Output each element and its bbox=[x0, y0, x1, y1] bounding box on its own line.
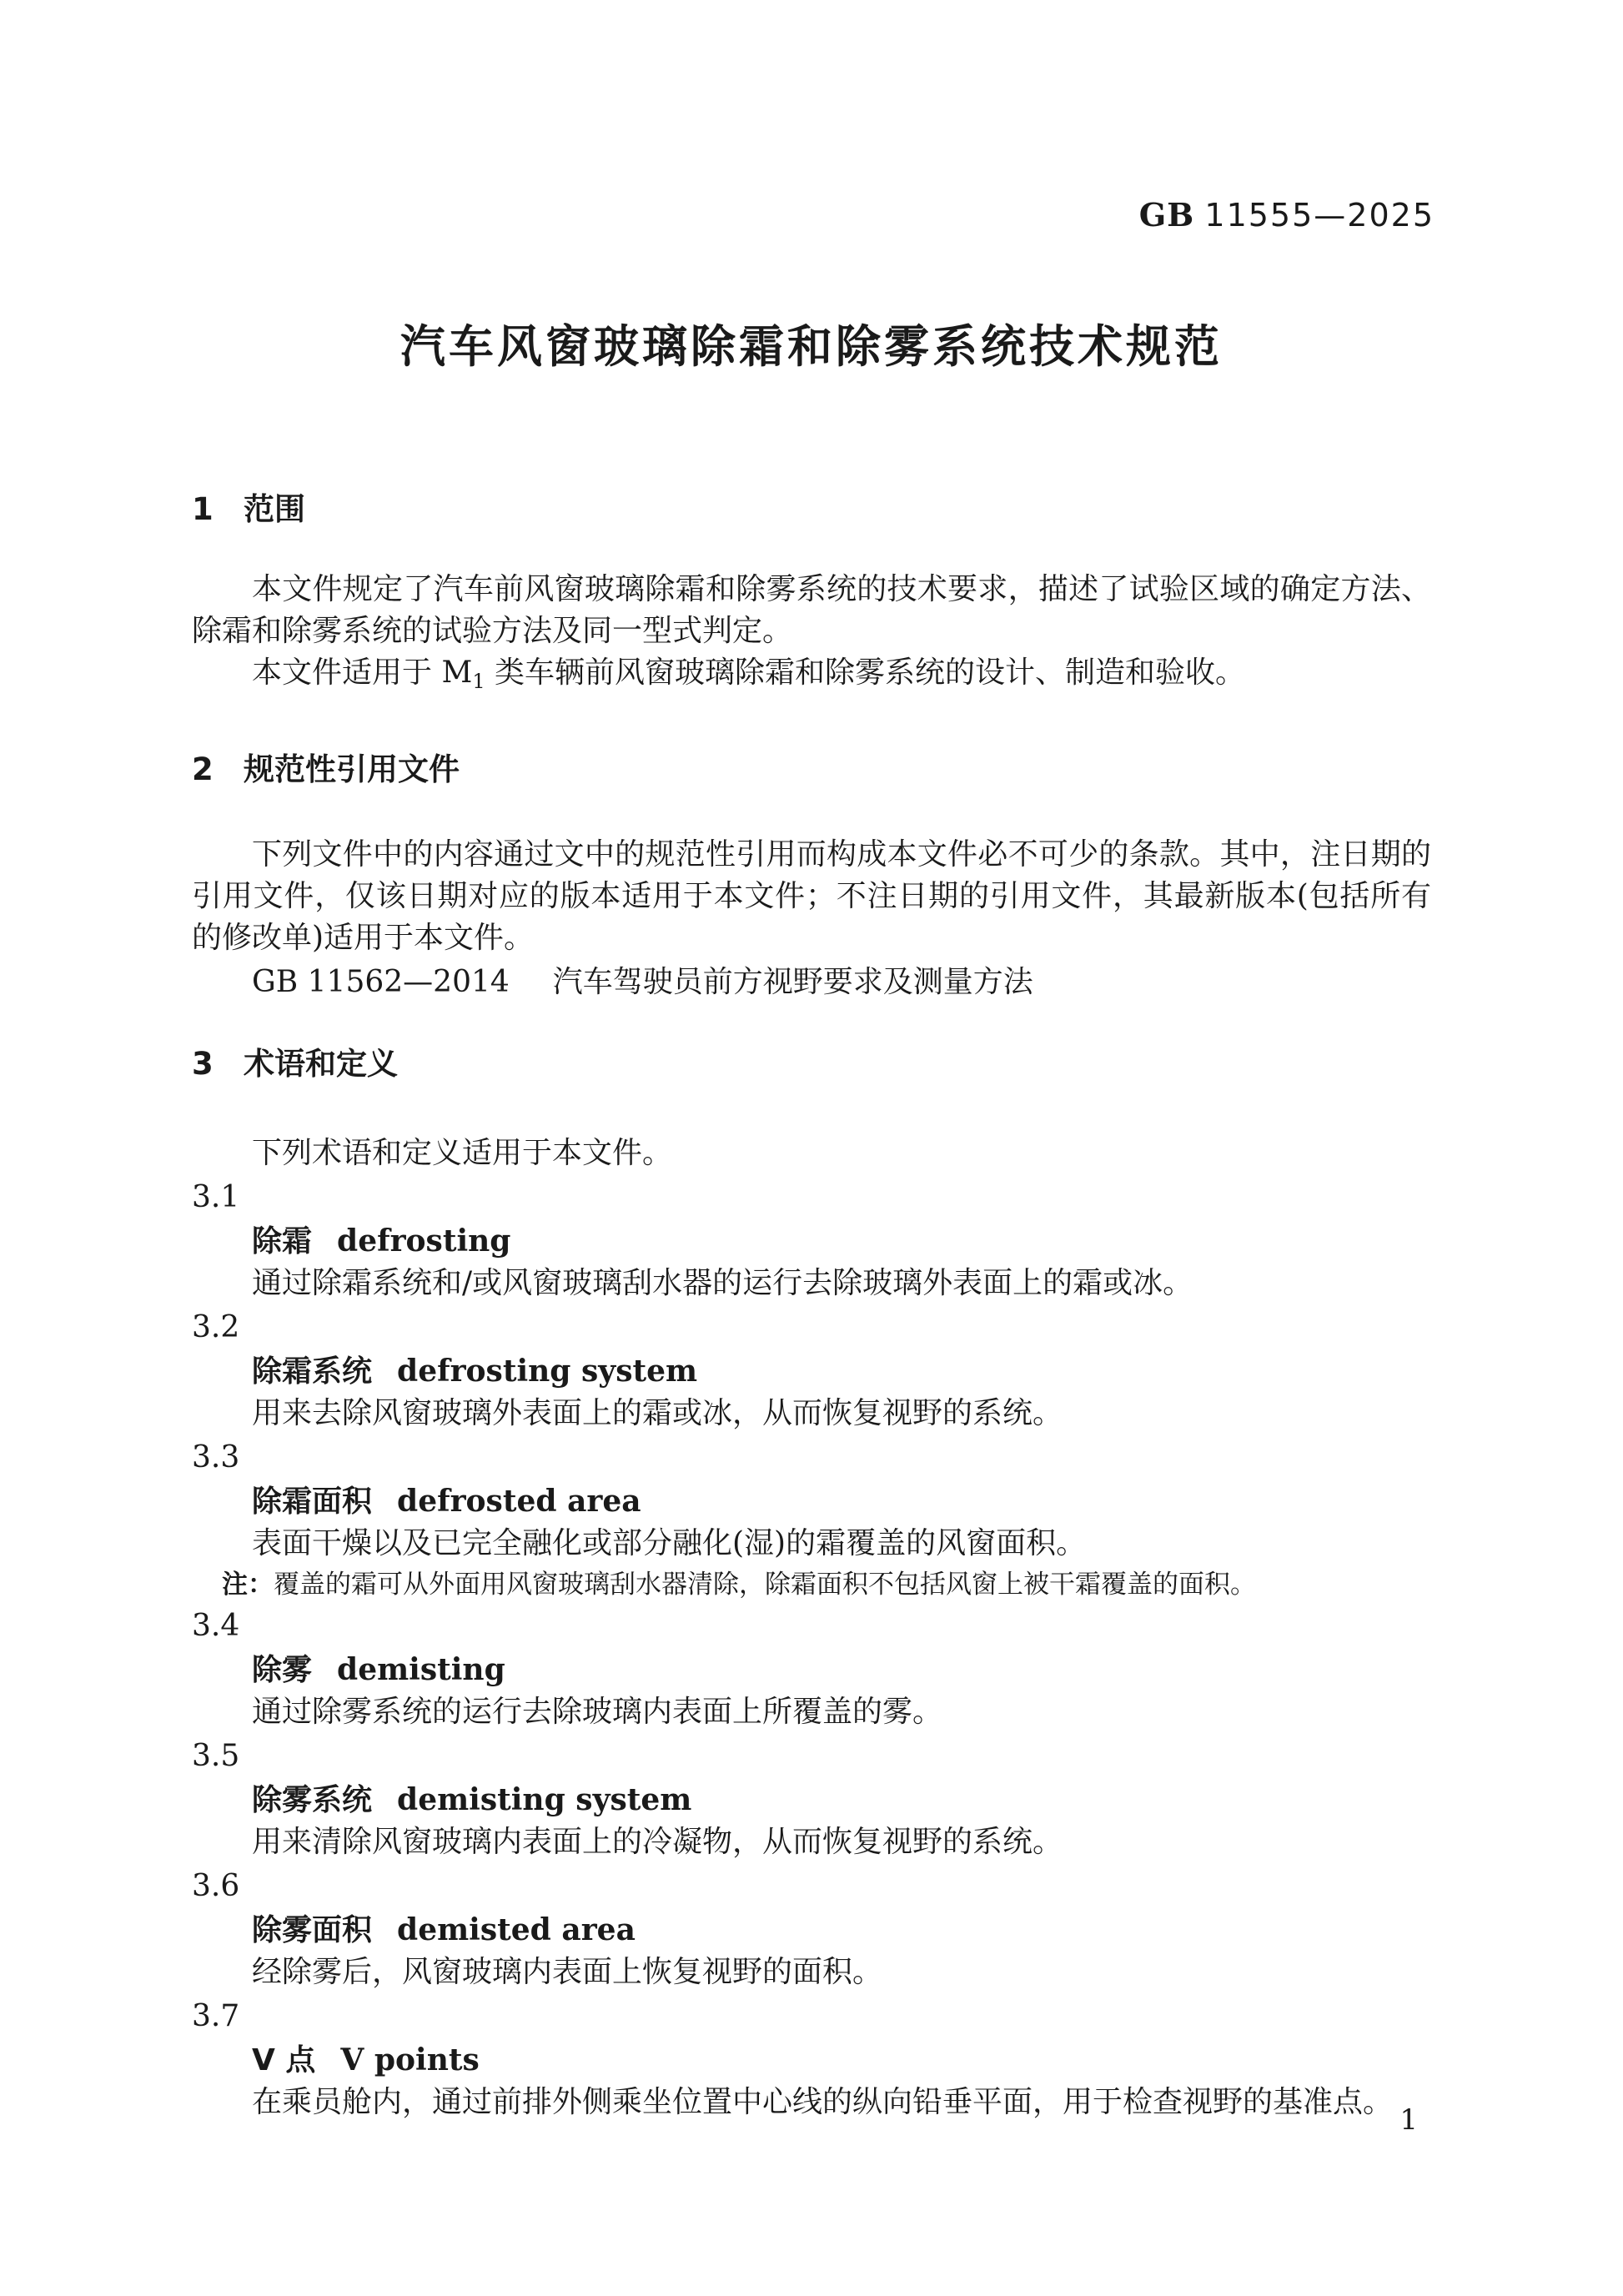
term-zh: 除雾系统 bbox=[252, 1783, 372, 1817]
term-zh: 除霜系统 bbox=[252, 1354, 372, 1389]
term-item-3-2: 3.2 除霜系统defrosting system 用来去除风窗玻璃外表面上的霜… bbox=[192, 1307, 1431, 1434]
scope-paragraph-1: 本文件规定了汽车前风窗玻璃除霜和除雾系统的技术要求，描述了试验区域的确定方法、除… bbox=[192, 569, 1431, 652]
reference-title: 汽车驾驶员前方视野要求及测量方法 bbox=[553, 965, 1033, 999]
standard-code-number: 11555—2025 bbox=[1204, 197, 1435, 234]
reference-code: GB 11562—2014 bbox=[252, 965, 510, 999]
term-definition: 通过除雾系统的运行去除玻璃内表面上所覆盖的雾。 bbox=[252, 1691, 1431, 1733]
section-3-heading: 3术语和定义 bbox=[192, 1042, 1431, 1086]
term-en: demisted area bbox=[397, 1912, 636, 1947]
term-note: 注：覆盖的霜可从外面用风窗玻璃刮水器清除，除霜面积不包括风窗上被干霜覆盖的面积。 bbox=[222, 1566, 1431, 1603]
term-definition: 经除雾后，风窗玻璃内表面上恢复视野的面积。 bbox=[252, 1952, 1431, 1993]
term-item-3-3: 3.3 除霜面积defrosted area 表面干燥以及已完全融化或部分融化(… bbox=[192, 1437, 1431, 1603]
term-heading: V 点V points bbox=[252, 2039, 1431, 2082]
section-2-heading: 2规范性引用文件 bbox=[192, 748, 1431, 791]
term-number: 3.6 bbox=[192, 1866, 1431, 1907]
term-heading: 除霜系统defrosting system bbox=[252, 1350, 1431, 1393]
section-1-title: 范围 bbox=[244, 491, 305, 527]
term-definition: 表面干燥以及已完全融化或部分融化(湿)的霜覆盖的风窗面积。 bbox=[252, 1523, 1431, 1565]
reference-entry: GB 11562—2014汽车驾驶员前方视野要求及测量方法 bbox=[192, 962, 1431, 1003]
term-en: demisting system bbox=[397, 1782, 691, 1817]
document-page: GB 11555—2025 汽车风窗玻璃除霜和除雾系统技术规范 1范围 本文件规… bbox=[0, 0, 1623, 2296]
term-zh: 除雾 bbox=[252, 1653, 312, 1687]
references-paragraph: 下列文件中的内容通过文中的规范性引用而构成本文件必不可少的条款。其中，注日期的引… bbox=[192, 834, 1431, 959]
section-1-number: 1 bbox=[192, 488, 217, 531]
term-definition: 在乘员舱内，通过前排外侧乘坐位置中心线的纵向铅垂平面，用于检查视野的基准点。 bbox=[252, 2082, 1431, 2123]
term-definition: 通过除霜系统和/或风窗玻璃刮水器的运行去除玻璃外表面上的霜或冰。 bbox=[252, 1263, 1431, 1304]
term-number: 3.4 bbox=[192, 1605, 1431, 1647]
term-definition: 用来清除风窗玻璃内表面上的冷凝物，从而恢复视野的系统。 bbox=[252, 1821, 1431, 1863]
term-heading: 除雾demisting bbox=[252, 1649, 1431, 1691]
term-en: defrosting system bbox=[397, 1354, 697, 1389]
term-number: 3.7 bbox=[192, 1996, 1431, 2037]
term-zh: 除雾面积 bbox=[252, 1913, 372, 1947]
page-number: 1 bbox=[1399, 2103, 1418, 2137]
section-2-number: 2 bbox=[192, 748, 217, 791]
term-number: 3.2 bbox=[192, 1307, 1431, 1349]
term-number: 3.5 bbox=[192, 1736, 1431, 1777]
note-text: 覆盖的霜可从外面用风窗玻璃刮水器清除，除霜面积不包括风窗上被干霜覆盖的面积。 bbox=[274, 1570, 1256, 1600]
term-en: defrosted area bbox=[397, 1484, 641, 1519]
standard-code-prefix: GB bbox=[1139, 196, 1195, 234]
scope-paragraph-2-prefix: 本文件适用于 M bbox=[252, 656, 472, 690]
term-item-3-7: 3.7 V 点V points 在乘员舱内，通过前排外侧乘坐位置中心线的纵向铅垂… bbox=[192, 1996, 1431, 2123]
document-body: 1范围 本文件规定了汽车前风窗玻璃除霜和除雾系统的技术要求，描述了试验区域的确定… bbox=[192, 488, 1431, 2123]
term-en: V points bbox=[340, 2042, 479, 2077]
scope-paragraph-2: 本文件适用于 M1 类车辆前风窗玻璃除霜和除雾系统的设计、制造和验收。 bbox=[192, 652, 1431, 694]
standard-code: GB 11555—2025 bbox=[1139, 197, 1435, 234]
term-item-3-6: 3.6 除雾面积demisted area 经除雾后，风窗玻璃内表面上恢复视野的… bbox=[192, 1866, 1431, 1993]
terms-intro: 下列术语和定义适用于本文件。 bbox=[192, 1133, 1431, 1174]
term-number: 3.1 bbox=[192, 1177, 1431, 1218]
section-3-title: 术语和定义 bbox=[244, 1046, 398, 1082]
term-zh: 除霜 bbox=[252, 1224, 312, 1259]
section-1-heading: 1范围 bbox=[192, 488, 1431, 531]
term-zh: 除霜面积 bbox=[252, 1485, 372, 1519]
note-label: 注： bbox=[222, 1570, 274, 1600]
term-zh: V 点 bbox=[252, 2043, 315, 2077]
term-item-3-1: 3.1 除霜defrosting 通过除霜系统和/或风窗玻璃刮水器的运行去除玻璃… bbox=[192, 1177, 1431, 1304]
term-heading: 除霜defrosting bbox=[252, 1220, 1431, 1263]
term-en: demisting bbox=[337, 1652, 505, 1687]
section-2-title: 规范性引用文件 bbox=[244, 751, 460, 787]
m1-subscript: 1 bbox=[472, 670, 485, 693]
term-heading: 除霜面积defrosted area bbox=[252, 1480, 1431, 1523]
term-item-3-4: 3.4 除雾demisting 通过除雾系统的运行去除玻璃内表面上所覆盖的雾。 bbox=[192, 1605, 1431, 1733]
section-3-number: 3 bbox=[192, 1042, 217, 1086]
term-definition: 用来去除风窗玻璃外表面上的霜或冰，从而恢复视野的系统。 bbox=[252, 1393, 1431, 1434]
term-heading: 除雾面积demisted area bbox=[252, 1909, 1431, 1952]
scope-paragraph-2-suffix: 类车辆前风窗玻璃除霜和除雾系统的设计、制造和验收。 bbox=[485, 656, 1245, 690]
term-heading: 除雾系统demisting system bbox=[252, 1779, 1431, 1821]
term-item-3-5: 3.5 除雾系统demisting system 用来清除风窗玻璃内表面上的冷凝… bbox=[192, 1736, 1431, 1863]
document-title: 汽车风窗玻璃除霜和除雾系统技术规范 bbox=[0, 320, 1623, 374]
term-en: defrosting bbox=[337, 1223, 510, 1259]
term-number: 3.3 bbox=[192, 1437, 1431, 1479]
